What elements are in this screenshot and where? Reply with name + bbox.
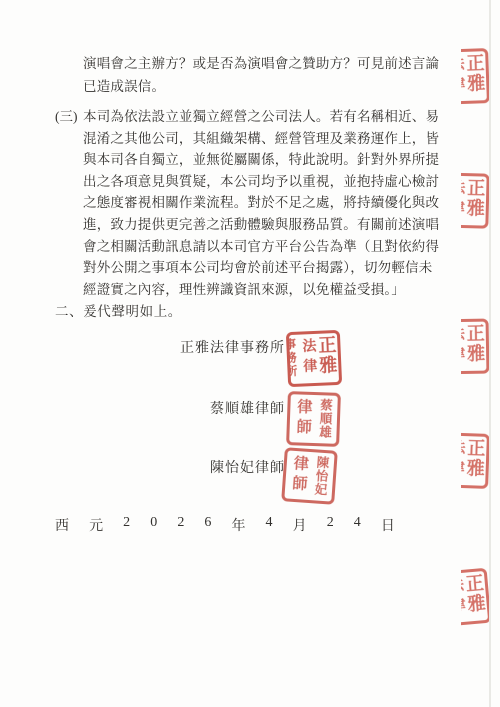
paragraph-line: 出之各項意見與質疑，本公司均予以重視，並抱持虛心檢討 [83,171,439,193]
paragraph-line: 演唱會之主辦方？或是否為演唱會之贊助方？可見前述言論 [83,52,439,75]
page-edge-line [489,0,491,707]
lawyer-seal-2: 陳怡妃律師 [281,447,338,505]
paragraph-line: 已造成誤信。 [83,75,439,98]
edge-seal-1: 正雅法律事務所 [461,47,489,107]
lawyer-seal-1: 蔡順雄律師 [286,391,341,447]
date-char: 0 [150,515,157,535]
seal-column: 正雅 [463,572,486,615]
document-page: 演唱會之主辦方？或是否為演唱會之贊助方？可見前述言論已造成誤信。 (三) 本司為… [0,0,500,707]
date-char: 2 [123,515,130,535]
seal-column: 法律 [461,177,465,220]
paragraph-line: 進，致力提供更完善之活動體驗與服務品質。有關前述演唱 [83,214,439,236]
paragraph-line: 之態度審視相關作業流程。對於不足之處，將持續優化與改 [83,192,439,214]
seal-column: 法律 [461,437,465,480]
seal-column: 法律 [461,323,464,366]
date-char: 西 [55,515,69,535]
date-line: 西元2026年4月24日 [55,515,395,535]
date-char: 年 [231,515,245,535]
edge-seal-stamp: 正雅法律事務所 [461,568,489,627]
seal-column: 正雅 [464,52,485,94]
firm-name: 正雅法律事務所 [180,337,285,357]
edge-seal-stamp: 正雅法律事務所 [461,319,489,375]
seal-column: 正雅 [465,323,486,364]
date-char: 2 [177,515,184,535]
intro-paragraph: 演唱會之主辦方？或是否為演唱會之贊助方？可見前述言論已造成誤信。 [83,52,439,98]
lawyer-name-2: 陳怡妃律師 [210,457,285,477]
seal-column: 陳怡妃 [308,453,334,497]
seal-column: 事務所 [286,336,297,379]
paragraph-line: 會之相關活動訊息請以本司官方平台公告為準（且對依約得 [83,236,439,258]
seal-column: 律師 [291,395,313,439]
paragraph-line: 經證實之內容，理性辨識資訊來源，以免權益受損。」 [83,279,439,301]
seal-column: 蔡順雄 [312,396,336,439]
edge-seal-stamp: 正雅法律事務所 [461,172,489,228]
edge-seal-4: 正雅法律事務所 [461,431,489,491]
item-marker: (三) [55,106,83,128]
seal-column: 正雅 [464,437,485,479]
edge-seal-stamp: 正雅法律事務所 [461,432,489,489]
seal-column: 律師 [287,452,311,496]
seal-column: 法律 [461,53,465,96]
paragraph-line: 與本司各自獨立，並無從屬關係，特此說明。針對外界所提 [83,149,439,171]
edge-seal-5: 正雅法律事務所 [461,568,489,628]
date-char: 元 [89,515,103,535]
paragraph-line: 混淆之其他公司，其組織架構、經營管理及業務運作上，皆 [83,128,439,150]
date-char: 4 [266,515,273,535]
edge-seal-stamp: 正雅法律事務所 [461,48,489,105]
paragraph-item-3: (三) 本司為依法設立並獨立經營之公司法人。若有名稱相近、易混淆之其他公司，其組… [55,106,439,300]
firm-seal-stamp: 正雅法律事務所 [286,330,342,387]
date-char: 4 [354,515,361,535]
closing-statement: 二、爰代聲明如上。 [55,300,182,320]
seal-column: 正雅 [465,177,486,219]
date-char: 2 [327,515,334,535]
seal-column: 正雅 [316,334,338,376]
edge-seal-3: 正雅法律事務所 [461,317,489,377]
paragraph-line: 對外公開之事項本公司均會於前述平台揭露），切勿輕信未 [83,257,439,279]
edge-seal-2: 正雅法律事務所 [461,171,489,231]
seal-column: 法律 [300,335,317,379]
date-char: 6 [204,515,211,535]
paragraph-line: 本司為依法設立並獨立經營之公司法人。若有名稱相近、易 [83,106,439,128]
item-3-lines: 本司為依法設立並獨立經營之公司法人。若有名稱相近、易混淆之其他公司，其組織架構、… [83,106,439,300]
date-char: 日 [381,515,395,535]
lawyer-name-1: 蔡順雄律師 [210,398,285,418]
date-char: 月 [293,515,307,535]
